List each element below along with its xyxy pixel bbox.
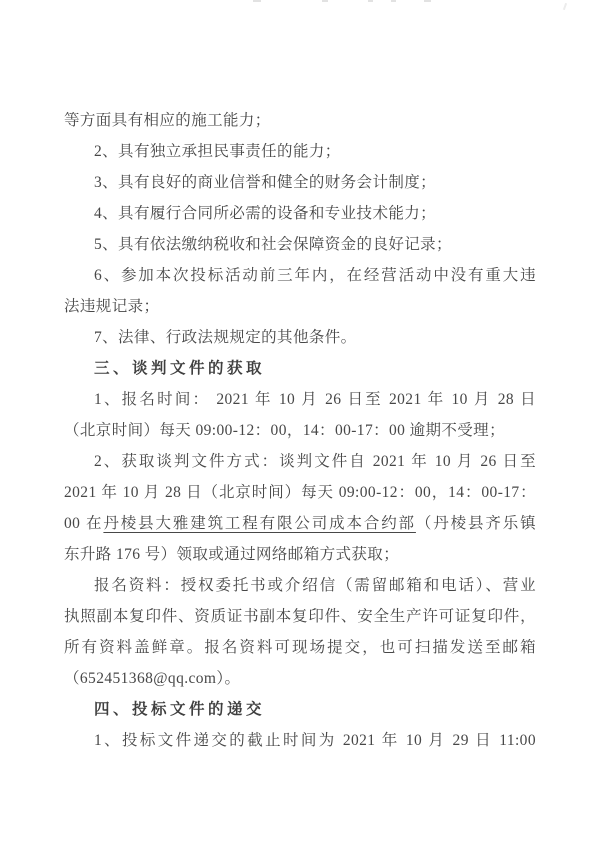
email-line: （652451368@qq.com）。	[64, 663, 536, 694]
section-heading-negotiation-docs: 三、谈判文件的获取	[64, 353, 536, 384]
text-line: 法违规记录；	[64, 291, 536, 322]
text-line: 2021 年 10 月 28 日（北京时间）每天 09:00-12：00，14：…	[64, 477, 536, 508]
text-line: 2、获取谈判文件方式：谈判文件自 2021 年 10 月 26 日至	[64, 446, 536, 477]
text-line: 所有资料盖鲜章。报名资料可现场提交，也可扫描发送至邮箱	[64, 632, 536, 663]
document-page: 等方面具有相应的施工能力； 2、具有独立承担民事责任的能力； 3、具有良好的商业…	[0, 0, 602, 847]
scan-artifact	[368, 0, 373, 2]
text-line: 执照副本复印件、资质证书副本复印件、安全生产许可证复印件，	[64, 601, 536, 632]
scan-artifact	[563, 3, 567, 10]
text-line: 等方面具有相应的施工能力；	[64, 105, 536, 136]
text-line: （北京时间）每天 09:00-12：00，14：00-17：00 逾期不受理；	[64, 415, 536, 446]
document-body: 等方面具有相应的施工能力； 2、具有独立承担民事责任的能力； 3、具有良好的商业…	[64, 105, 536, 756]
text-line: 00 在丹棱县大雅建筑工程有限公司成本合约部（丹棱县齐乐镇	[64, 508, 536, 539]
section-heading-bid-submission: 四、投标文件的递交	[64, 694, 536, 725]
scan-artifact	[424, 0, 431, 2]
text-line: 6、参加本次投标活动前三年内，在经营活动中没有重大违	[64, 260, 536, 291]
scan-artifact	[391, 0, 396, 2]
text-line: 1、报名时间： 2021 年 10 月 26 日至 2021 年 10 月 28…	[64, 384, 536, 415]
text-line: 3、具有良好的商业信誉和健全的财务会计制度；	[64, 167, 536, 198]
text-line: 5、具有依法缴纳税收和社会保障资金的良好记录；	[64, 229, 536, 260]
text-line: 报名资料：授权委托书或介绍信（需留邮箱和电话）、营业	[64, 570, 536, 601]
text-line: 7、法律、行政法规规定的其他条件。	[64, 322, 536, 353]
scan-artifact	[322, 0, 328, 2]
text-line: 2、具有独立承担民事责任的能力；	[64, 136, 536, 167]
text-line: 1、投标文件递交的截止时间为 2021 年 10 月 29 日 11:00	[64, 725, 536, 756]
text-line: 东升路 176 号）领取或通过网络邮箱方式获取；	[64, 539, 536, 570]
text-segment: 00 在	[64, 515, 103, 532]
company-department-underlined: 丹棱县大雅建筑工程有限公司成本合约部	[103, 515, 416, 532]
scan-artifact	[253, 0, 261, 2]
text-segment: （丹棱县齐乐镇	[416, 515, 536, 532]
text-line: 4、具有履行合同所必需的设备和专业技术能力；	[64, 198, 536, 229]
